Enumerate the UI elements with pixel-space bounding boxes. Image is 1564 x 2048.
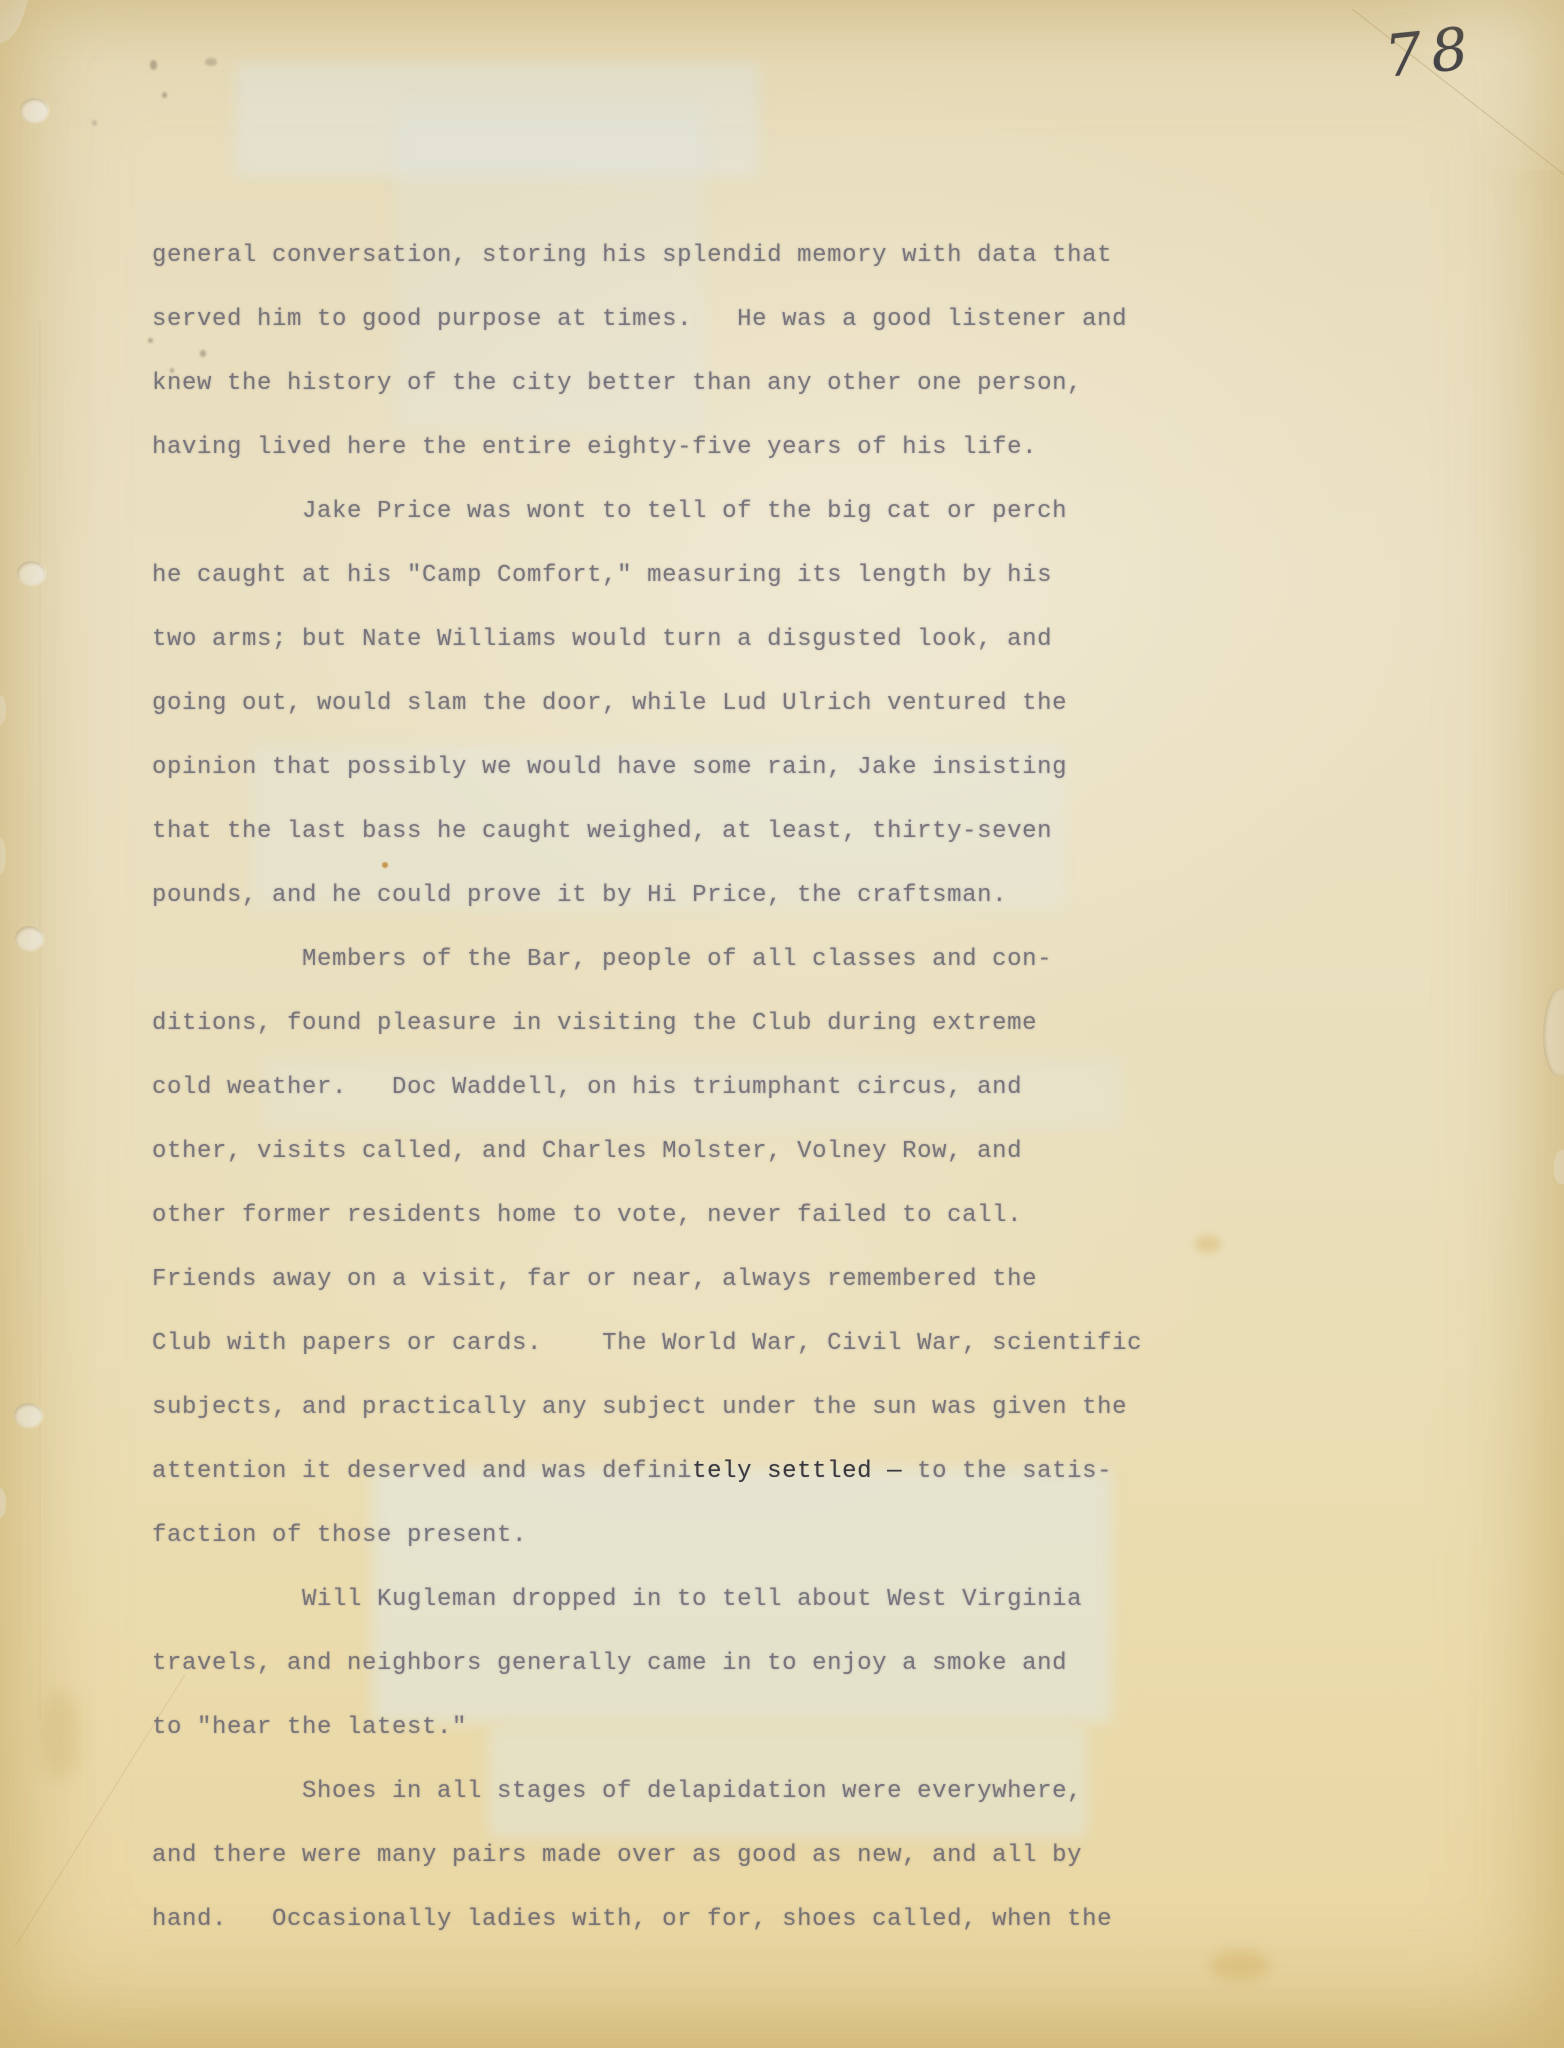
ink-speckle — [92, 120, 97, 126]
typed-text-segment: other, visits called, and Charles Molste… — [152, 1138, 1022, 1165]
typed-text-segment: Shoes in all stages of delapidation were… — [302, 1778, 1082, 1805]
edge-tear — [1543, 988, 1564, 1076]
punch-hole — [14, 1403, 42, 1427]
page-number: 78 — [1382, 13, 1480, 90]
text-line: served him to good purpose at times. He … — [152, 288, 1332, 352]
text-line: hand. Occasionally ladies with, or for, … — [152, 1888, 1332, 1952]
typed-text-segment: two arms; but Nate Williams would turn a… — [152, 626, 1052, 653]
crease-line — [40, 321, 41, 1721]
punch-hole — [15, 926, 43, 950]
typed-text-segment: to "hear the latest." — [152, 1714, 467, 1741]
text-line: two arms; but Nate Williams would turn a… — [152, 608, 1332, 672]
typed-text-segment: cold weather. Doc Waddell, on his triump… — [152, 1074, 1022, 1101]
text-line: going out, would slam the door, while Lu… — [152, 672, 1332, 736]
typed-text-segment: Will Kugleman dropped in to tell about W… — [302, 1586, 1082, 1613]
text-line: he caught at his "Camp Comfort," measuri… — [152, 544, 1332, 608]
text-line: cold weather. Doc Waddell, on his triump… — [152, 1056, 1332, 1120]
edge-nick — [0, 1488, 6, 1518]
text-line: ditions, found pleasure in visiting the … — [152, 992, 1332, 1056]
typed-text-segment: general conversation, storing his splend… — [152, 242, 1112, 269]
text-line: pounds, and he could prove it by Hi Pric… — [152, 864, 1332, 928]
edge-nick — [0, 695, 6, 725]
text-line: Club with papers or cards. The World War… — [152, 1312, 1332, 1376]
paper-stain — [40, 1690, 80, 1780]
typed-text-segment: served him to good purpose at times. He … — [152, 306, 1127, 333]
typed-text-segment: attention it deserved and was defini — [152, 1458, 692, 1485]
punch-hole — [20, 98, 48, 122]
edge-nick — [0, 838, 6, 874]
ink-speckle — [150, 60, 157, 70]
text-line: Jake Price was wont to tell of the big c… — [152, 480, 1332, 544]
typed-text-segment: faction of those present. — [152, 1522, 527, 1549]
typed-text-segment: knew the history of the city better than… — [152, 370, 1082, 397]
typed-text-segment: going out, would slam the door, while Lu… — [152, 690, 1067, 717]
torn-corner — [0, 0, 30, 48]
punch-hole — [17, 561, 45, 585]
text-line: having lived here the entire eighty-five… — [152, 416, 1332, 480]
text-line: opinion that possibly we would have some… — [152, 736, 1332, 800]
typed-text-segment: to the satis- — [902, 1458, 1112, 1485]
retyped-text-segment: tely settled — — [692, 1458, 902, 1485]
text-line: travels, and neighbors generally came in… — [152, 1632, 1332, 1696]
text-line: subjects, and practically any subject un… — [152, 1376, 1332, 1440]
typed-text-segment: and there were many pairs made over as g… — [152, 1842, 1082, 1869]
text-line: knew the history of the city better than… — [152, 352, 1332, 416]
text-line: Shoes in all stages of delapidation were… — [152, 1760, 1332, 1824]
ink-speckle — [162, 92, 167, 98]
text-line: other former residents home to vote, nev… — [152, 1184, 1332, 1248]
typed-text-segment: subjects, and practically any subject un… — [152, 1394, 1127, 1421]
typed-text-segment: having lived here the entire eighty-five… — [152, 434, 1037, 461]
typed-text-segment: ditions, found pleasure in visiting the … — [152, 1010, 1037, 1037]
text-line: other, visits called, and Charles Molste… — [152, 1120, 1332, 1184]
typed-text-segment: Jake Price was wont to tell of the big c… — [302, 498, 1067, 525]
typed-text-segment: Club with papers or cards. The World War… — [152, 1330, 1142, 1357]
text-line: Friends away on a visit, far or near, al… — [152, 1248, 1332, 1312]
text-line: to "hear the latest." — [152, 1696, 1332, 1760]
typed-text-segment: opinion that possibly we would have some… — [152, 754, 1067, 781]
paper-stain — [1210, 1950, 1270, 1980]
typed-text-segment: hand. Occasionally ladies with, or for, … — [152, 1906, 1112, 1933]
typewritten-text: general conversation, storing his splend… — [152, 224, 1332, 1952]
typed-text-segment: he caught at his "Camp Comfort," measuri… — [152, 562, 1052, 589]
text-line: attention it deserved and was definitely… — [152, 1440, 1332, 1504]
text-line: and there were many pairs made over as g… — [152, 1824, 1332, 1888]
typed-text-segment: that the last bass he caught weighed, at… — [152, 818, 1052, 845]
typed-text-segment: Members of the Bar, people of all classe… — [302, 946, 1052, 973]
typed-text-segment: Friends away on a visit, far or near, al… — [152, 1266, 1037, 1293]
typed-text-segment: travels, and neighbors generally came in… — [152, 1650, 1067, 1677]
typed-text-segment: pounds, and he could prove it by Hi Pric… — [152, 882, 1007, 909]
text-line: Members of the Bar, people of all classe… — [152, 928, 1332, 992]
edge-tear — [1554, 1150, 1564, 1184]
text-line: general conversation, storing his splend… — [152, 224, 1332, 288]
text-line: Will Kugleman dropped in to tell about W… — [152, 1568, 1332, 1632]
text-line: faction of those present. — [152, 1504, 1332, 1568]
typed-text-segment: other former residents home to vote, nev… — [152, 1202, 1022, 1229]
ink-speckle — [205, 58, 217, 66]
document-page: 78 general conversation, storing his spl… — [0, 0, 1564, 2048]
text-line: that the last bass he caught weighed, at… — [152, 800, 1332, 864]
